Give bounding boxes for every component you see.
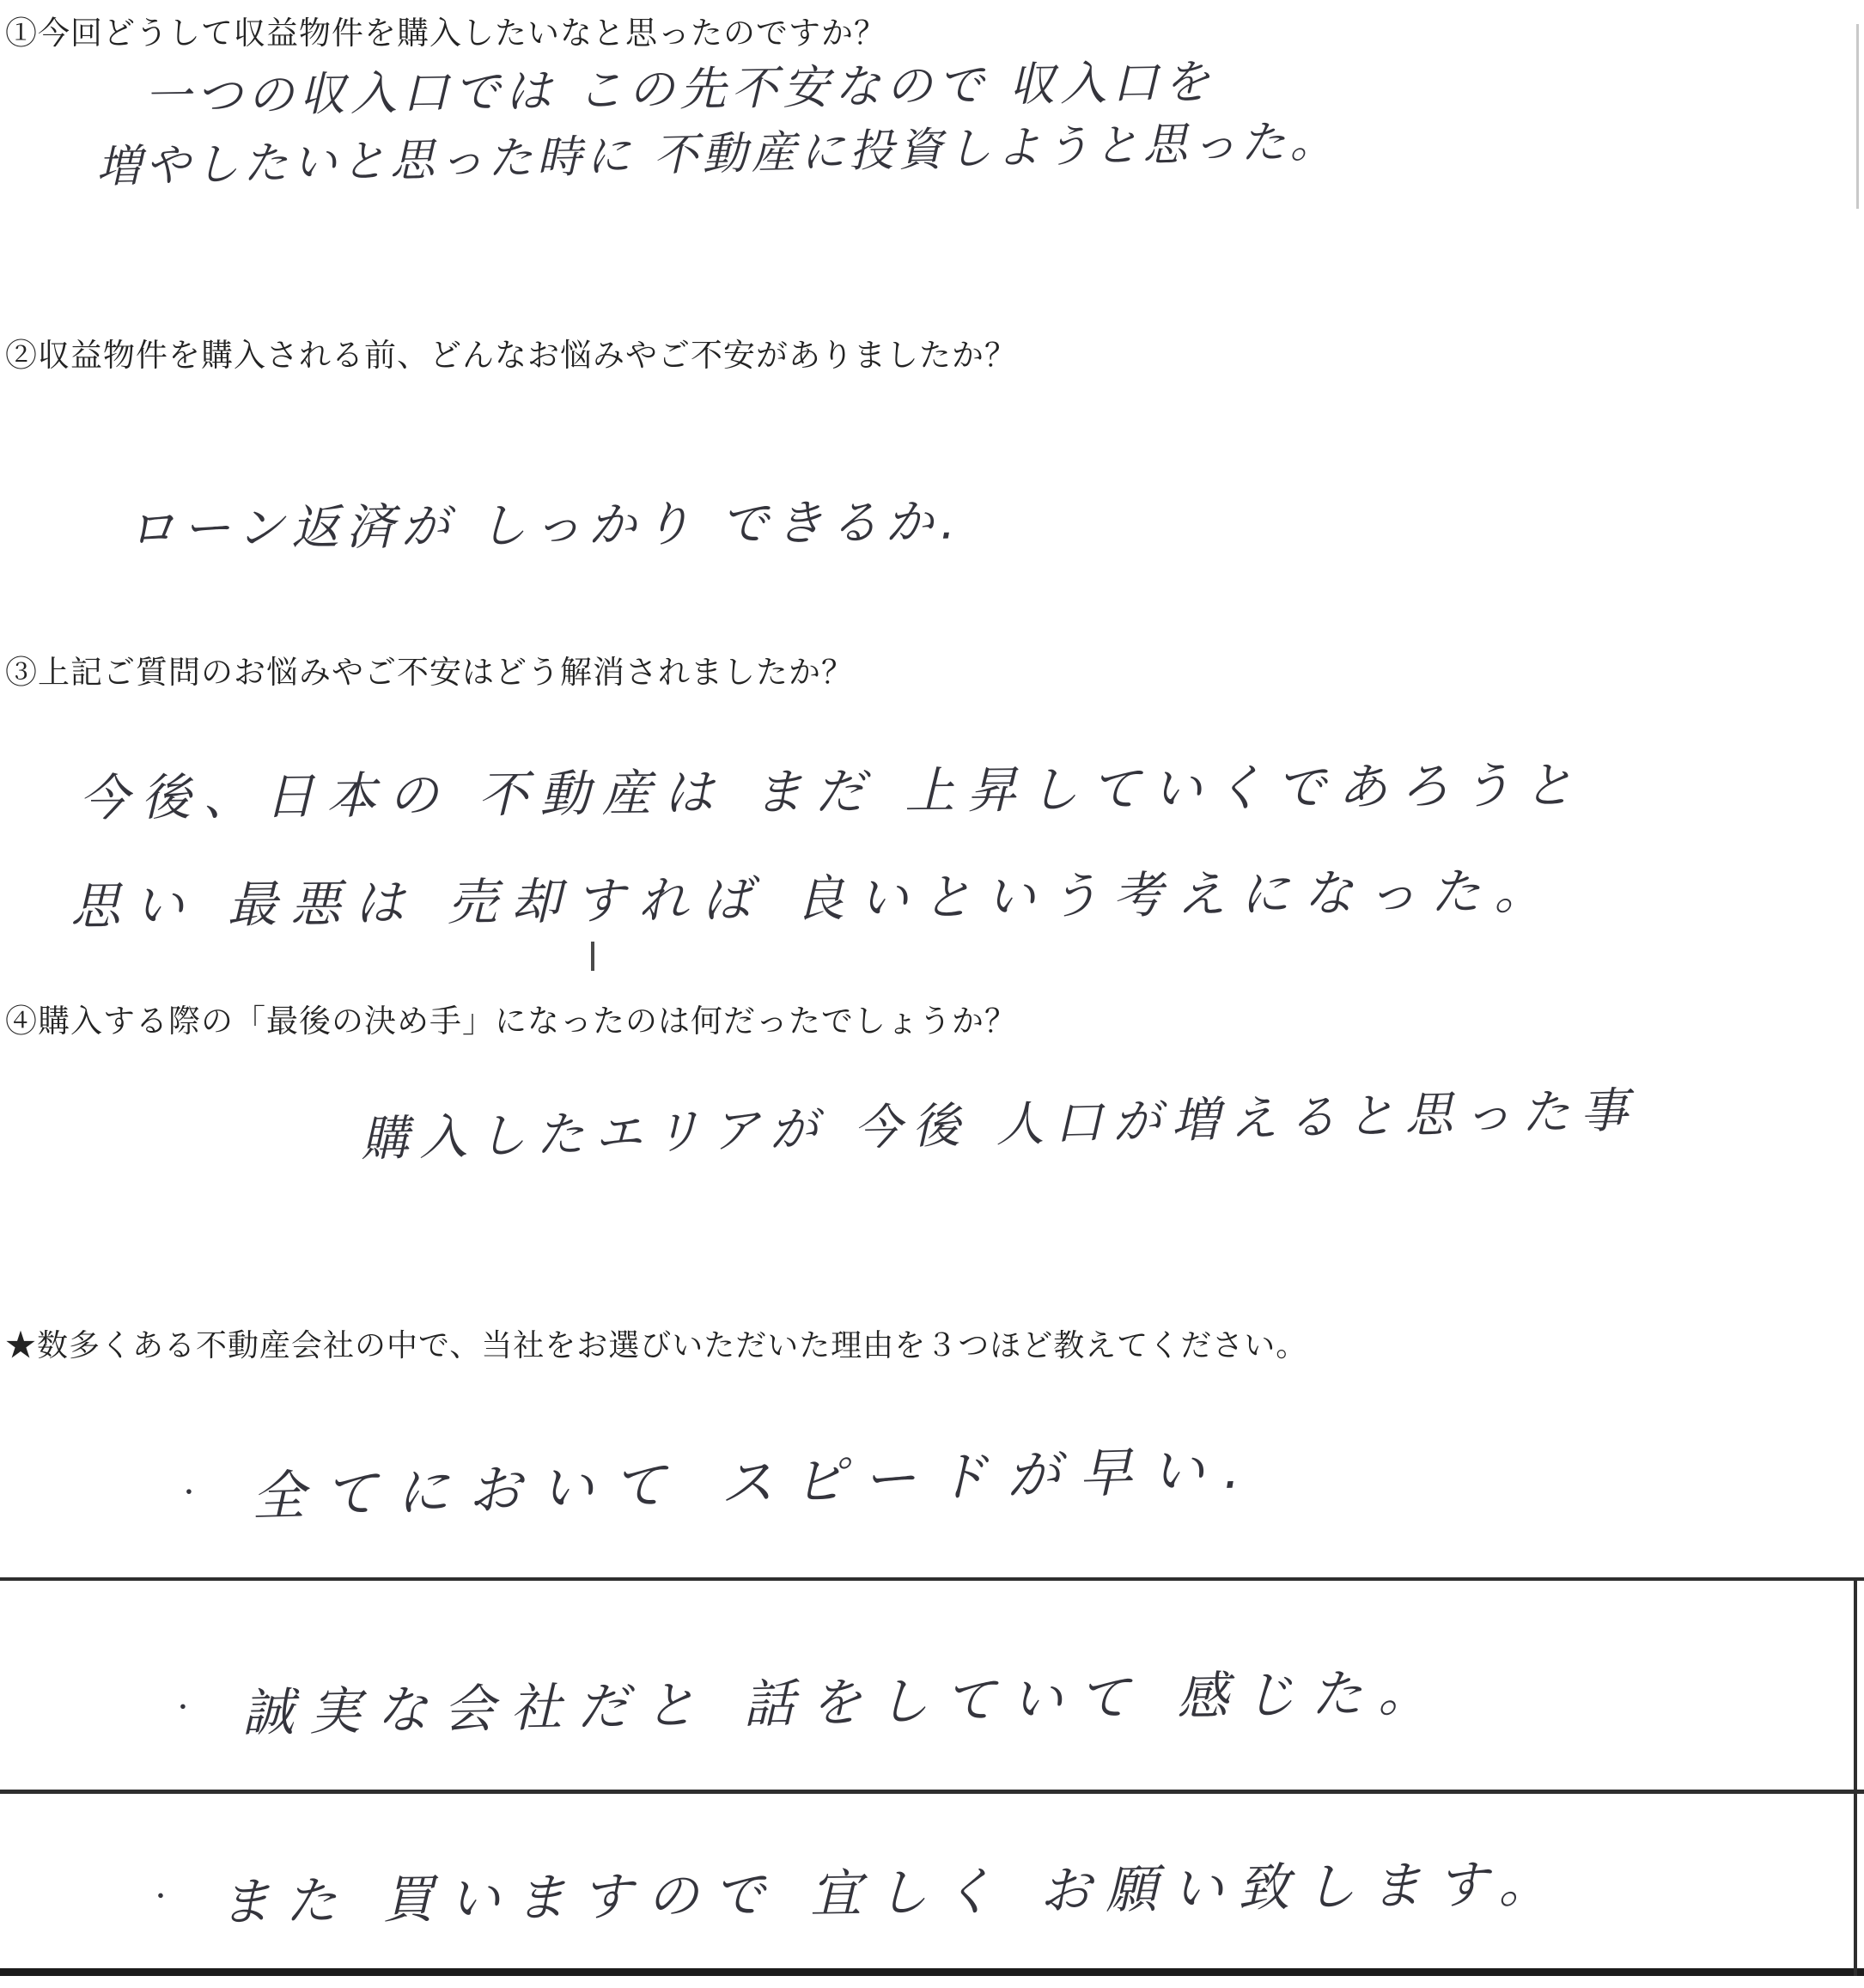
question-1-label: ①今回どうして収益物件を購入したいなと思ったのですか？ xyxy=(5,7,886,53)
star-question-label: ★数多くある不動産会社の中で、当社をお選びいただいた理由を３つほど教えてください… xyxy=(5,1321,1307,1365)
scanned-survey-page: ①今回どうして収益物件を購入したいなと思ったのですか？ 一つの収入口では この先… xyxy=(0,0,1864,1988)
reason-bullet-3: ・ xyxy=(148,1881,188,1912)
scan-artifact-mark xyxy=(591,942,594,971)
reason-bullet-2: ・ xyxy=(170,1692,212,1723)
table-right-border xyxy=(1854,1577,1857,1976)
question-4-label: ④購入する際の「最後の決め手」になったのは何だったでしょうか？ xyxy=(5,995,1017,1041)
reason-row-3: ・また 買いますので 宜しく お願い致します。 xyxy=(147,1843,1564,1936)
ruled-line-2 xyxy=(0,1790,1864,1794)
ruled-line-1 xyxy=(0,1577,1864,1581)
reason-text-3: また 買いますので 宜しく お願い致します。 xyxy=(219,1854,1565,1933)
question-3-label: ③上記ご質問のお悩みやご不安はどう解消されましたか？ xyxy=(5,646,854,692)
reason-bullet-1: ・ xyxy=(175,1478,221,1509)
question-2-label: ②収益物件を購入される前、どんなお悩みやご不安がありましたか？ xyxy=(5,329,1017,375)
reason-row-2: ・誠実な会社だと 話をしていて 感じた。 xyxy=(169,1651,1445,1747)
answer-3-line-2: 思い 最悪は 売却すれば 良いという考えになった。 xyxy=(70,851,1558,938)
answer-2-line-1: ローン返済が しっかり できるか. xyxy=(127,485,963,560)
answer-3-line-1: 今後、日本の 不動産は まだ 上昇していくであろうと xyxy=(79,745,1586,830)
scan-edge-line xyxy=(1856,24,1859,209)
reason-row-1: ・全てにおいて スピードが早い. xyxy=(175,1426,1260,1533)
reason-text-1: 全てにおいて スピードが早い. xyxy=(251,1437,1260,1528)
reason-text-2: 誠実な会社だと 話をしていて 感じた。 xyxy=(241,1662,1445,1743)
answer-4-line-1: 購入したエリアが 今後 人口が増えると思った事 xyxy=(360,1072,1639,1170)
ruled-line-3 xyxy=(0,1968,1864,1976)
